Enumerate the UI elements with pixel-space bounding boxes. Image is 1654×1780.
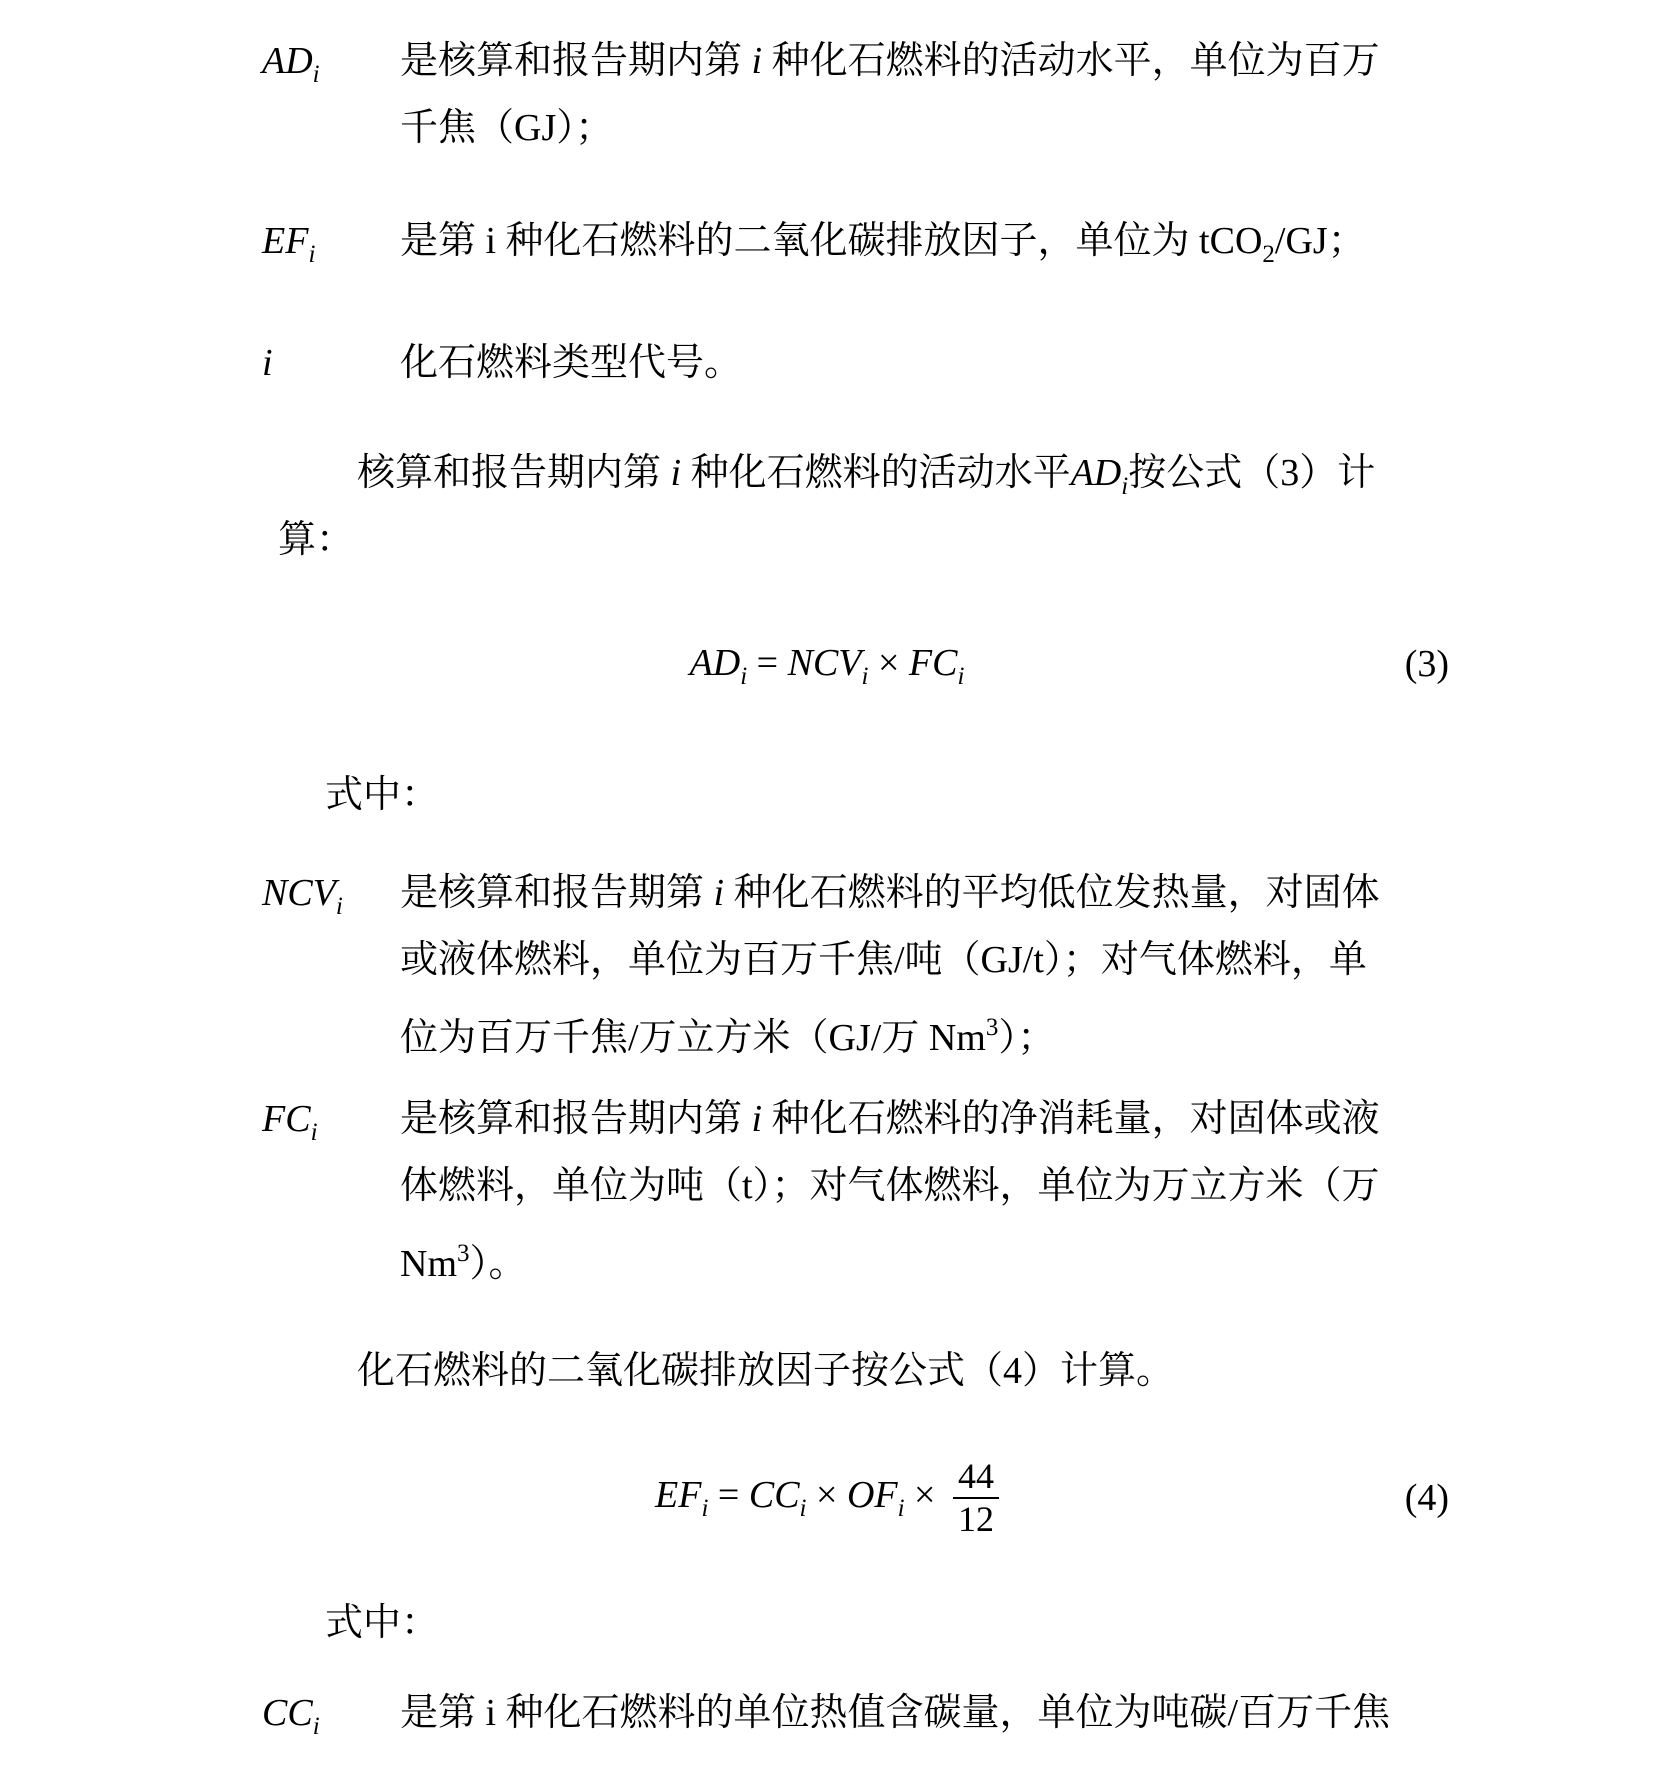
text-line: 化石燃料的二氧化碳排放因子按公式（4）计算。 xyxy=(278,1338,1488,1405)
term-cci: CCi xyxy=(262,1680,320,1760)
text-segment: 种化石燃料的净消耗量，对固体或液 xyxy=(762,1098,1380,1140)
text-segment: 化石燃料的二氧化碳排放因子按公式（4）计算。 xyxy=(357,1350,1174,1392)
text-segment: 体燃料，单位为吨（t）；对气体燃料，单位为万立方米（万 xyxy=(400,1165,1380,1207)
text-segment: AD xyxy=(262,40,313,82)
definition-cci-text: 是第 i 种化石燃料的单位热值含碳量，单位为吨碳/百万千焦 xyxy=(400,1680,1390,1747)
formula-4-number: (4) xyxy=(1405,1479,1449,1517)
definition-ncvi-text: 是核算和报告期第 i 种化石燃料的平均低位发热量，对固体或液体燃料，单位为百万千… xyxy=(400,860,1380,1061)
document-page: ADi 是核算和报告期内第 i 种化石燃料的活动水平，单位为百万千焦（GJ）； … xyxy=(0,0,1654,1780)
text-segment: 位为百万千焦/万立方米（GJ/万 Nm xyxy=(400,1017,986,1059)
term-ncvi: NCVi xyxy=(262,860,343,940)
text-segment: 按公式（3）计 xyxy=(1128,452,1375,494)
text-segment: 或液体燃料，单位为百万千焦/吨（GJ/t）；对气体燃料，单 xyxy=(400,939,1367,981)
text-line: 或液体燃料，单位为百万千焦/吨（GJ/t）；对气体燃料，单 xyxy=(400,927,1380,994)
text-segment: i xyxy=(898,1495,905,1522)
text-line: 是核算和报告期内第 i 种化石燃料的活动水平，单位为百万 xyxy=(400,28,1380,95)
text-segment: 是核算和报告期第 xyxy=(400,872,714,914)
text-segment: i xyxy=(313,1713,320,1740)
text-segment: 核算和报告期内第 xyxy=(357,452,671,494)
text-segment: i xyxy=(752,1098,763,1140)
definition-fci-text: 是核算和报告期内第 i 种化石燃料的净消耗量，对固体或液体燃料，单位为吨（t）；… xyxy=(400,1086,1380,1287)
text-segment: i xyxy=(308,241,315,268)
where-label-2: 式中： xyxy=(325,1590,1654,1657)
text-segment: AD xyxy=(1071,452,1122,494)
term-i: i xyxy=(262,330,273,397)
where-label-1: 式中： xyxy=(325,762,1654,829)
text-segment: NCV xyxy=(262,872,336,914)
text-segment: 是第 i 种化石燃料的二氧化碳排放因子，单位为 tCO xyxy=(400,220,1262,262)
fraction-denominator: 12 xyxy=(953,1497,999,1540)
text-segment: ）； xyxy=(998,1017,1055,1059)
term-adi: ADi xyxy=(262,28,320,108)
text-segment: 2 xyxy=(1262,241,1275,268)
term-fci: FCi xyxy=(262,1086,318,1166)
text-segment: CC xyxy=(262,1692,313,1734)
text-segment: = xyxy=(708,1474,748,1516)
text-line: Nm3）。 xyxy=(400,1220,1380,1287)
fraction: 4412 xyxy=(953,1456,999,1541)
text-segment: i xyxy=(671,452,682,494)
text-segment: 3 xyxy=(986,1014,999,1041)
text-line: 是第 i 种化石燃料的二氧化碳排放因子，单位为 tCO2/GJ； xyxy=(400,208,1366,275)
text-segment: CC xyxy=(749,1474,800,1516)
text-segment: FC xyxy=(909,642,958,684)
definition-efi-text: 是第 i 种化石燃料的二氧化碳排放因子，单位为 tCO2/GJ； xyxy=(400,208,1366,275)
text-segment: 是第 i 种化石燃料的单位热值含碳量，单位为吨碳/百万千焦 xyxy=(400,1692,1390,1734)
text-segment: 3 xyxy=(457,1240,470,1267)
definition-adi-text: 是核算和报告期内第 i 种化石燃料的活动水平，单位为百万千焦（GJ）； xyxy=(400,28,1380,162)
fraction-numerator: 44 xyxy=(953,1456,999,1497)
formula-4-row: EFi = CCi × OFi × 4412 (4) xyxy=(0,1452,1654,1544)
text-segment: i xyxy=(262,342,273,384)
text-segment: i xyxy=(752,40,763,82)
text-line: 化石燃料类型代号。 xyxy=(400,330,742,397)
text-segment: Nm xyxy=(400,1243,457,1285)
term-efi: EFi xyxy=(262,208,315,288)
text-segment: 化石燃料类型代号。 xyxy=(400,342,742,384)
text-segment: i xyxy=(313,61,320,88)
text-segment: NCV xyxy=(788,642,862,684)
text-segment: 种化石燃料的活动水平，单位为百万 xyxy=(762,40,1380,82)
text-segment: 是核算和报告期内第 xyxy=(400,1098,752,1140)
text-segment: i xyxy=(311,1119,318,1146)
text-segment: i xyxy=(714,872,725,914)
text-segment: i xyxy=(336,893,343,920)
text-segment: ）。 xyxy=(470,1243,527,1285)
text-segment: 千焦（GJ）； xyxy=(400,107,613,149)
paragraph-emission-factor: 化石燃料的二氧化碳排放因子按公式（4）计算。 xyxy=(278,1338,1488,1405)
text-segment: 种化石燃料的平均低位发热量，对固体 xyxy=(724,872,1380,914)
text-segment: FC xyxy=(262,1098,311,1140)
text-line: 是第 i 种化石燃料的单位热值含碳量，单位为吨碳/百万千焦 xyxy=(400,1680,1390,1747)
text-line: 是核算和报告期第 i 种化石燃料的平均低位发热量，对固体 xyxy=(400,860,1380,927)
text-segment: × xyxy=(868,642,908,684)
text-segment: 是核算和报告期内第 xyxy=(400,40,752,82)
formula-3-row: ADi = NCVi × FCi (3) xyxy=(0,630,1654,697)
text-segment: AD xyxy=(690,642,741,684)
text-line: 算： xyxy=(278,507,1488,574)
text-line: 核算和报告期内第 i 种化石燃料的活动水平ADi按公式（3）计 xyxy=(278,440,1488,507)
formula-3-expression: ADi = NCVi × FCi xyxy=(690,630,965,710)
text-segment: i xyxy=(800,1495,807,1522)
text-segment: OF xyxy=(847,1474,898,1516)
formula-4-expression: EFi = CCi × OFi × 4412 xyxy=(655,1456,999,1541)
definition-i-text: 化石燃料类型代号。 xyxy=(400,330,742,397)
paragraph-activity-level: 核算和报告期内第 i 种化石燃料的活动水平ADi按公式（3）计算： xyxy=(278,440,1488,574)
text-line: 千焦（GJ）； xyxy=(400,95,1380,162)
text-segment: × xyxy=(807,1474,847,1516)
text-line: 体燃料，单位为吨（t）；对气体燃料，单位为万立方米（万 xyxy=(400,1153,1380,1220)
text-segment: EF xyxy=(655,1474,701,1516)
text-segment: 算： xyxy=(278,519,354,561)
text-segment: i xyxy=(957,663,964,690)
text-segment: = xyxy=(747,642,787,684)
text-segment: 种化石燃料的活动水平 xyxy=(681,452,1071,494)
text-line: 位为百万千焦/万立方米（GJ/万 Nm3）； xyxy=(400,994,1380,1061)
text-segment: /GJ； xyxy=(1275,220,1366,262)
text-line: 是核算和报告期内第 i 种化石燃料的净消耗量，对固体或液 xyxy=(400,1086,1380,1153)
text-segment: EF xyxy=(262,220,308,262)
formula-3-number: (3) xyxy=(1405,645,1449,683)
text-segment: × xyxy=(905,1474,945,1516)
